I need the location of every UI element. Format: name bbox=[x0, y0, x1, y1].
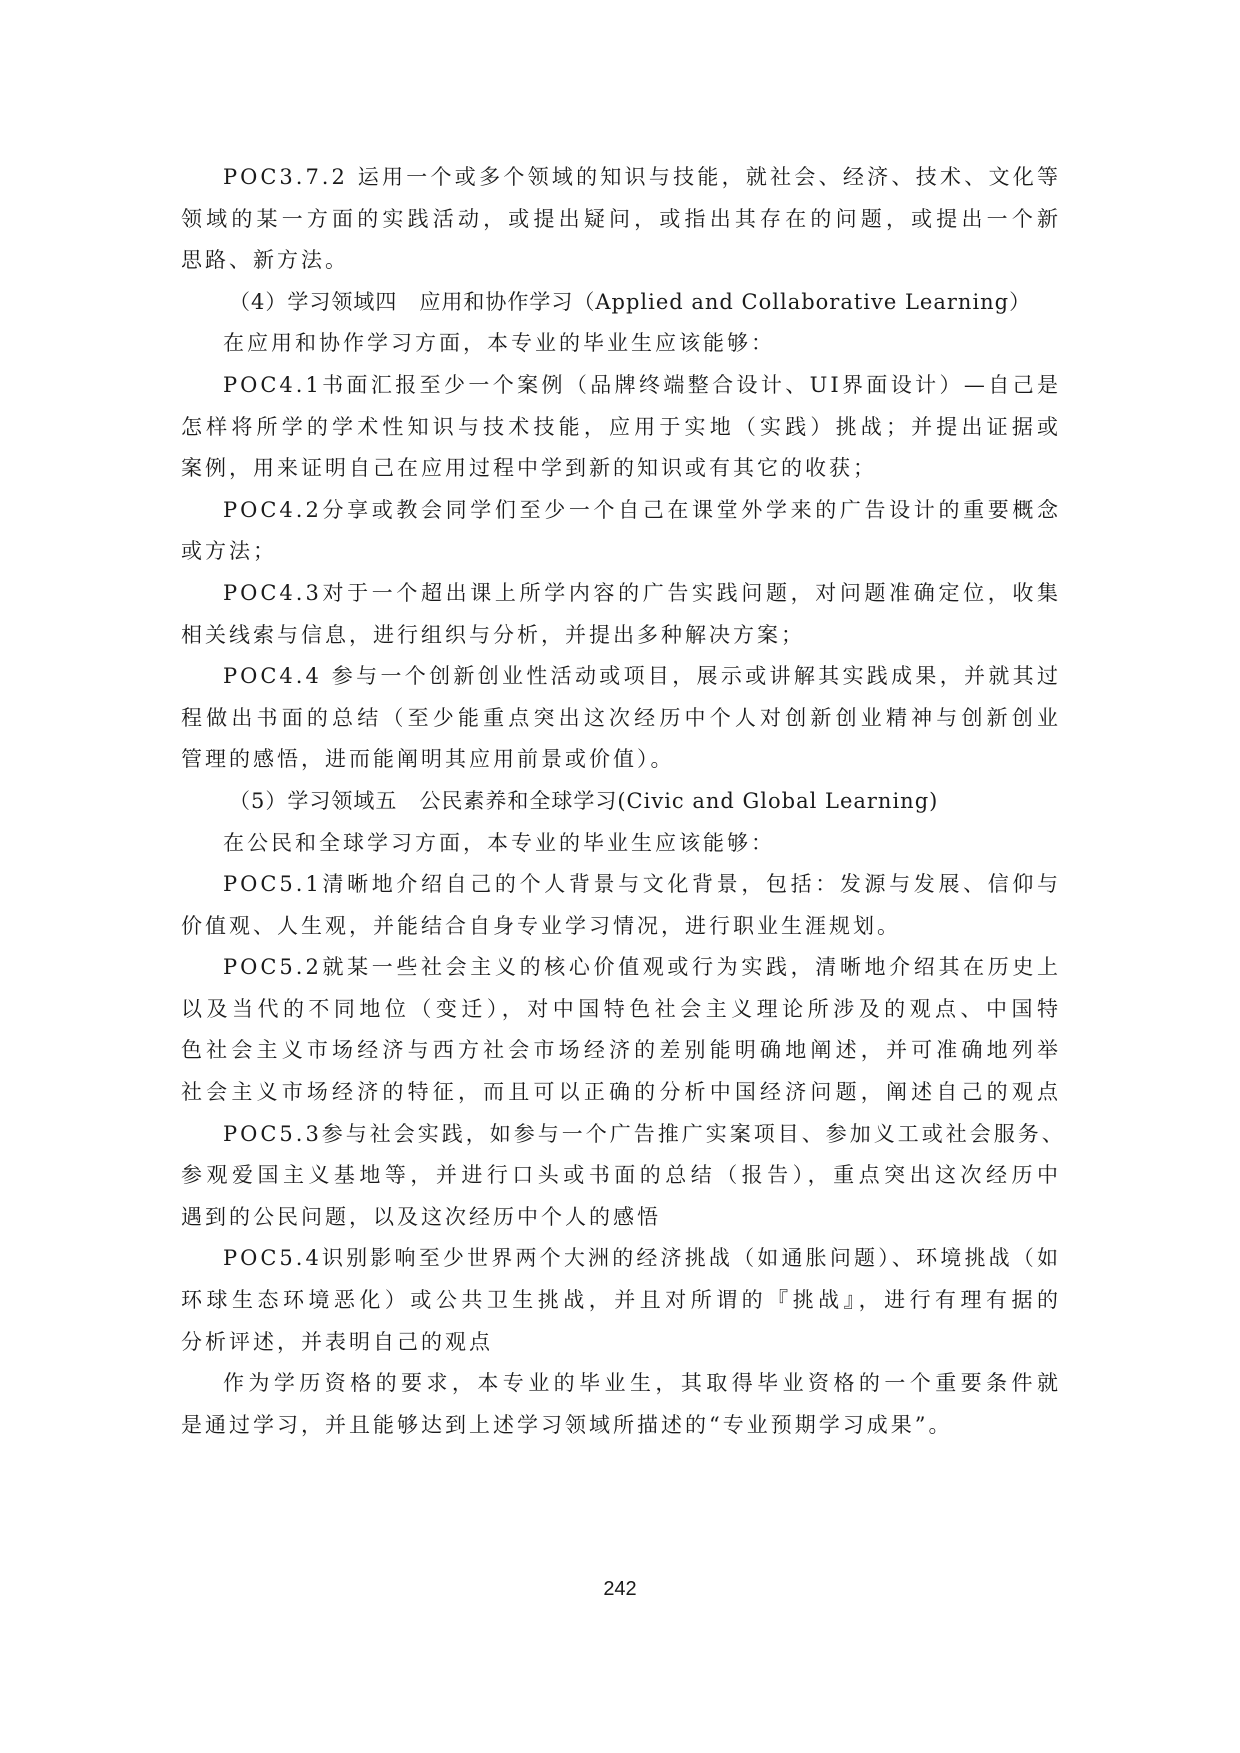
text-line: 在应用和协作学习方面，本专业的毕业生应该能够： bbox=[181, 323, 1061, 365]
body-text: POC3.7.2 运用一个或多个领域的知识与技能，就社会、经济、技术、文化等 领… bbox=[181, 157, 1061, 1446]
paragraph-intro-5: 在公民和全球学习方面，本专业的毕业生应该能够： bbox=[181, 823, 1061, 865]
text-line: 领域的某一方面的实践活动，或提出疑问，或指出其存在的问题，或提出一个新 bbox=[181, 199, 1061, 241]
text-line: 或方法； bbox=[181, 531, 1061, 573]
text-line: POC4.3对于一个超出课上所学内容的广告实践问题，对问题准确定位，收集 bbox=[181, 573, 1061, 615]
text-line: 社会主义市场经济的特征，而且可以正确的分析中国经济问题，阐述自己的观点 bbox=[181, 1072, 1061, 1114]
paragraph-poc5-2: POC5.2就某一些社会主义的核心价值观或行为实践，清晰地介绍其在历史上 以及当… bbox=[181, 947, 1061, 1113]
text-line: POC4.1书面汇报至少一个案例（品牌终端整合设计、UI界面设计）—自己是 bbox=[181, 365, 1061, 407]
paragraph-poc5-1: POC5.1清晰地介绍自己的个人背景与文化背景，包括：发源与发展、信仰与 价值观… bbox=[181, 864, 1061, 947]
text-line: 色社会主义市场经济与西方社会市场经济的差别能明确地阐述，并可准确地列举 bbox=[181, 1030, 1061, 1072]
text-line: 环球生态环境恶化）或公共卫生挑战，并且对所谓的『挑战』，进行有理有据的 bbox=[181, 1280, 1061, 1322]
text-line: POC4.4 参与一个创新创业性活动或项目，展示或讲解其实践成果，并就其过 bbox=[181, 656, 1061, 698]
text-line: POC5.3参与社会实践，如参与一个广告推广实案项目、参加义工或社会服务、 bbox=[181, 1114, 1061, 1156]
text-line: 遇到的公民问题，以及这次经历中个人的感悟 bbox=[181, 1197, 1061, 1239]
section-heading-5: （5）学习领域五 公民素养和全球学习(Civic and Global Lear… bbox=[181, 781, 1061, 823]
paragraph-poc4-3: POC4.3对于一个超出课上所学内容的广告实践问题，对问题准确定位，收集 相关线… bbox=[181, 573, 1061, 656]
text-line: 作为学历资格的要求，本专业的毕业生，其取得毕业资格的一个重要条件就 bbox=[181, 1363, 1061, 1405]
text-line: 案例，用来证明自己在应用过程中学到新的知识或有其它的收获； bbox=[181, 448, 1061, 490]
text-line: 在公民和全球学习方面，本专业的毕业生应该能够： bbox=[181, 823, 1061, 865]
text-line: POC5.2就某一些社会主义的核心价值观或行为实践，清晰地介绍其在历史上 bbox=[181, 947, 1061, 989]
text-line: 管理的感悟，进而能阐明其应用前景或价值）。 bbox=[181, 739, 1061, 781]
text-line: 思路、新方法。 bbox=[181, 240, 1061, 282]
paragraph-poc4-2: POC4.2分享或教会同学们至少一个自己在课堂外学来的广告设计的重要概念 或方法… bbox=[181, 490, 1061, 573]
paragraph-poc5-4: POC5.4识别影响至少世界两个大洲的经济挑战（如通胀问题）、环境挑战（如 环球… bbox=[181, 1238, 1061, 1363]
text-line: 相关线索与信息，进行组织与分析，并提出多种解决方案； bbox=[181, 615, 1061, 657]
text-line: POC4.2分享或教会同学们至少一个自己在课堂外学来的广告设计的重要概念 bbox=[181, 490, 1061, 532]
text-line: 以及当代的不同地位（变迁），对中国特色社会主义理论所涉及的观点、中国特 bbox=[181, 989, 1061, 1031]
text-line: POC3.7.2 运用一个或多个领域的知识与技能，就社会、经济、技术、文化等 bbox=[181, 157, 1061, 199]
text-line: POC5.1清晰地介绍自己的个人背景与文化背景，包括：发源与发展、信仰与 bbox=[181, 864, 1061, 906]
text-line: 参观爱国主义基地等，并进行口头或书面的总结（报告），重点突出这次经历中 bbox=[181, 1155, 1061, 1197]
text-line: POC5.4识别影响至少世界两个大洲的经济挑战（如通胀问题）、环境挑战（如 bbox=[181, 1238, 1061, 1280]
section-heading-4: （4）学习领域四 应用和协作学习（Applied and Collaborati… bbox=[181, 282, 1061, 324]
paragraph-poc5-3: POC5.3参与社会实践，如参与一个广告推广实案项目、参加义工或社会服务、 参观… bbox=[181, 1114, 1061, 1239]
text-line: 怎样将所学的学术性知识与技术技能，应用于实地（实践）挑战；并提出证据或 bbox=[181, 407, 1061, 449]
text-line: 分析评述，并表明自己的观点 bbox=[181, 1322, 1061, 1364]
text-line: 是通过学习，并且能够达到上述学习领域所描述的“专业预期学习成果”。 bbox=[181, 1405, 1061, 1447]
text-line: 程做出书面的总结（至少能重点突出这次经历中个人对创新创业精神与创新创业 bbox=[181, 698, 1061, 740]
section-heading: （5）学习领域五 公民素养和全球学习(Civic and Global Lear… bbox=[181, 781, 1061, 823]
paragraph-poc4-4: POC4.4 参与一个创新创业性活动或项目，展示或讲解其实践成果，并就其过 程做… bbox=[181, 656, 1061, 781]
section-heading: （4）学习领域四 应用和协作学习（Applied and Collaborati… bbox=[181, 282, 1061, 324]
document-page: POC3.7.2 运用一个或多个领域的知识与技能，就社会、经济、技术、文化等 领… bbox=[0, 0, 1240, 1753]
paragraph-intro-4: 在应用和协作学习方面，本专业的毕业生应该能够： bbox=[181, 323, 1061, 365]
text-line: 价值观、人生观，并能结合自身专业学习情况，进行职业生涯规划。 bbox=[181, 906, 1061, 948]
paragraph-poc4-1: POC4.1书面汇报至少一个案例（品牌终端整合设计、UI界面设计）—自己是 怎样… bbox=[181, 365, 1061, 490]
paragraph-poc3-7-2: POC3.7.2 运用一个或多个领域的知识与技能，就社会、经济、技术、文化等 领… bbox=[181, 157, 1061, 282]
paragraph-conclusion: 作为学历资格的要求，本专业的毕业生，其取得毕业资格的一个重要条件就 是通过学习，… bbox=[181, 1363, 1061, 1446]
page-number: 242 bbox=[0, 1578, 1240, 1601]
